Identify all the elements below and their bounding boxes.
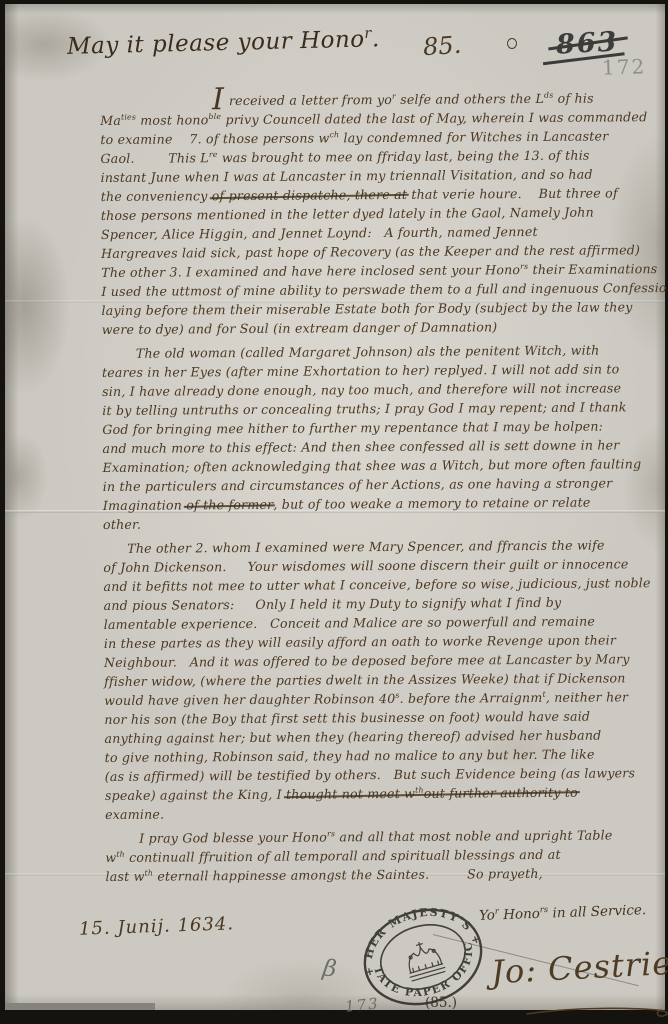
manuscript-line: those persons mentioned in the letter dy… xyxy=(101,202,657,225)
photograph-frame: May it please your Honor. 85. 863 172 Ir… xyxy=(0,0,668,1024)
folio-number-stamped: 172 xyxy=(602,54,647,80)
table-edge xyxy=(5,1003,155,1010)
royal-crown-icon xyxy=(402,938,446,982)
manuscript-line: last wth eternall happinesse amongst the… xyxy=(105,863,661,886)
manuscript-line: and it befitts not mee to utter what I c… xyxy=(103,573,659,596)
signature: Jo: Cestrien xyxy=(490,943,668,992)
manuscript-line: examine. xyxy=(105,801,661,824)
state-paper-office-stamp: + HER MAJESTY'S + STATE PAPER OFFICE xyxy=(349,892,498,1023)
letter-body: Ireceived a letter from yor selfe and ot… xyxy=(100,88,662,886)
manuscript-page: May it please your Honor. 85. 863 172 Ir… xyxy=(5,4,665,1010)
valediction: Yor Honors in all Service. xyxy=(479,902,647,924)
date-line: 15. Junij. 1634. xyxy=(79,913,235,939)
manuscript-line: other. xyxy=(103,511,659,534)
manuscript-line: speake) against the King, I thought not … xyxy=(105,782,661,805)
manuscript-line: were to dye) and for Soul (in extream da… xyxy=(102,316,658,339)
ink-dot xyxy=(507,38,517,49)
manuscript-line: Imagination of the former, but of too we… xyxy=(103,492,659,515)
signature-flourish xyxy=(525,1004,668,1018)
manuscript-line: I pray God blesse your Honors and all th… xyxy=(105,825,661,848)
folio-number-ink: 85. xyxy=(422,31,462,62)
salutation: May it please your Honor. xyxy=(67,26,380,60)
manuscript-line: laying before them their miserable Estat… xyxy=(101,297,657,320)
pencil-beta-mark: β xyxy=(321,955,338,983)
